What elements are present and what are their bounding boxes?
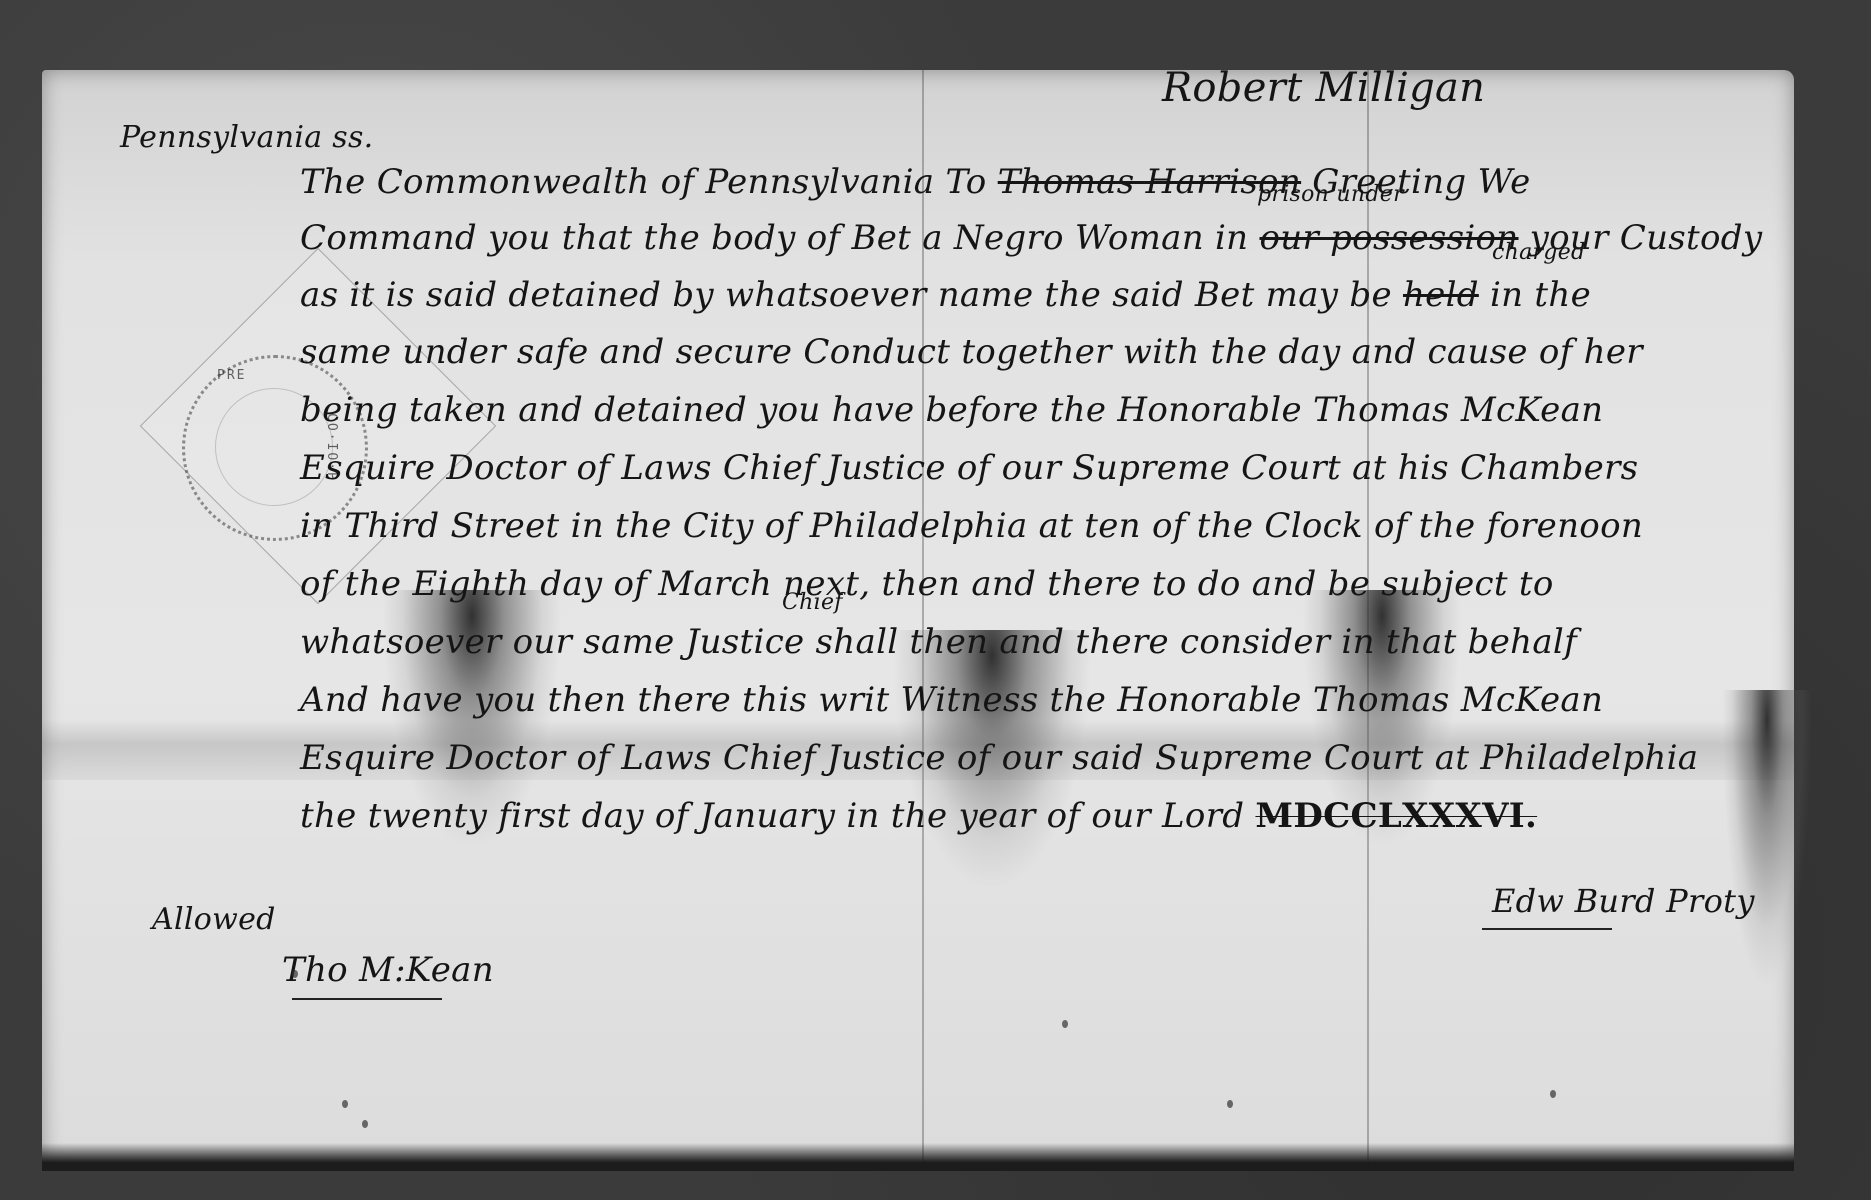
insert-chief: Chief (782, 590, 843, 615)
writ-line-4: same under safe and secure Conduct toget… (300, 332, 1643, 372)
clerk-signature-flourish (1482, 928, 1612, 930)
writ-line-10: And have you then there this writ Witnes… (300, 680, 1603, 720)
mckean-signature-flourish (292, 998, 442, 1000)
writ-line-12: the twenty first day of January in the y… (300, 796, 1537, 836)
interlined-name: Robert Milligan (1162, 65, 1485, 111)
burnt-bottom-edge (42, 1143, 1794, 1171)
foxing-spot (342, 1100, 348, 1108)
writ-line-6: Esquire Doctor of Laws Chief Justice of … (300, 448, 1638, 488)
foxing-spot (292, 970, 298, 978)
foxing-spot (1227, 1100, 1233, 1108)
insert-prison-under: prison under (1257, 182, 1404, 207)
year-roman-numeral: MDCCLXXXVI. (1255, 796, 1537, 836)
insert-charged: charged (1492, 240, 1585, 265)
writ-line-9: whatsoever our same Justice shall then a… (300, 622, 1577, 662)
foxing-spot (1062, 1020, 1068, 1028)
writ-line-8: of the Eighth day of March next, then an… (300, 564, 1554, 604)
allowed-label: Allowed (152, 902, 276, 937)
ink-stain-edge (1722, 690, 1812, 990)
writ-line-3: as it is said detained by whatsoever nam… (300, 275, 1591, 315)
venue-heading: Pennsylvania ss. (120, 120, 373, 155)
writ-line-7: in Third Street in the City of Philadelp… (300, 506, 1643, 546)
mckean-signature: Tho M:Kean (282, 950, 494, 990)
foxing-spot (1550, 1090, 1556, 1098)
clerk-signature: Edw Burd Proty (1492, 882, 1755, 920)
paper-sheet: PRE CO·IO·P Pennsylvania ss. Robert Mill… (42, 70, 1794, 1165)
foxing-spot (362, 1120, 368, 1128)
seal-top-text: PRE (217, 368, 246, 383)
writ-line-11: Esquire Doctor of Laws Chief Justice of … (300, 738, 1698, 778)
struck-name: Thomas Harrison (998, 162, 1301, 202)
writ-line-5: being taken and detained you have before… (300, 390, 1603, 430)
scanned-document-image: PRE CO·IO·P Pennsylvania ss. Robert Mill… (0, 0, 1871, 1200)
